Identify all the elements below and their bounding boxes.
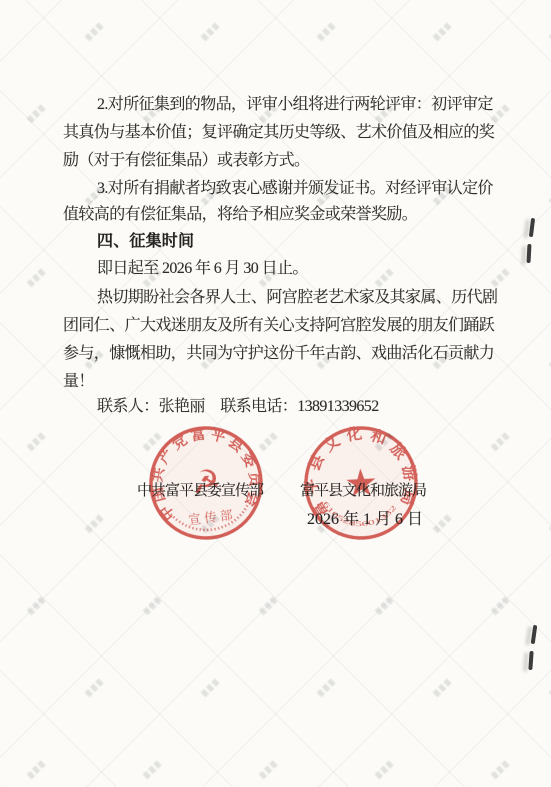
body-line: 值较高的有偿征集品，将给予相应奖金或荣誉奖励。 [63, 205, 417, 225]
watermark-mark [491, 432, 511, 452]
watermark-mark [143, 760, 163, 780]
body-line: 励（对于有偿征集品）或表彰方式。 [63, 151, 309, 171]
watermark-mark [27, 596, 47, 616]
watermark-mark [433, 678, 453, 698]
watermark-mark [85, 514, 105, 534]
staple-mark [527, 244, 532, 263]
watermark-mark [491, 104, 511, 124]
body-line: 团同仁、广大戏迷朋友及所有关心支持阿宫腔发展的朋友们踊跃 [63, 316, 494, 336]
watermark-mark [85, 22, 105, 42]
watermark-mark [375, 596, 395, 616]
watermark-mark [491, 596, 511, 616]
scanned-document-page: 2.对所征集到的物品，评审小组将进行两轮评审：初评审定 其真伪与基本价值；复评确… [0, 0, 551, 787]
watermark-mark [259, 596, 279, 616]
watermark-mark [85, 678, 105, 698]
watermark-mark [27, 432, 47, 452]
watermark-mark [27, 268, 47, 288]
watermark-mark [201, 678, 221, 698]
signature-right-org: 富平县文化和旅游局 [300, 479, 426, 500]
signature-date: 2026 年 1 月 6 日 [307, 506, 423, 529]
watermark-mark [375, 268, 395, 288]
contact-line: 联系人：张艳丽 联系电话：13891339652 [97, 397, 379, 417]
staple-mark [531, 625, 538, 644]
watermark-layer [0, 0, 551, 787]
body-line: 热切期盼社会各界人士、阿宫腔老艺术家及其家属、历代剧 [97, 288, 497, 308]
watermark-mark [27, 104, 47, 124]
body-line: 3.对所有捐献者均致衷心感谢并颁发证书。对经评审认定价 [97, 179, 493, 199]
watermark-mark [317, 678, 337, 698]
watermark-mark [491, 760, 511, 780]
watermark-mark [433, 22, 453, 42]
body-line: 量！ [63, 372, 94, 392]
body-line: 参与，慷慨相助，共同为守护这份千年古韵、戏曲活化石贡献力 [63, 344, 494, 364]
watermark-mark [143, 596, 163, 616]
watermark-mark [433, 514, 453, 534]
watermark-mark [317, 22, 337, 42]
watermark-mark [491, 268, 511, 288]
signature-left-org: 中共富平县委宣传部 [137, 479, 263, 500]
watermark-mark [375, 760, 395, 780]
body-line: 即日起至 2026 年 6 月 30 日止。 [97, 259, 308, 279]
staple-mark [529, 218, 535, 237]
watermark-mark [27, 760, 47, 780]
watermark-mark [259, 760, 279, 780]
body-line: 其真伪与基本价值；复评确定其历史等级、艺术价值及相应的奖 [63, 123, 494, 143]
watermark-mark [201, 22, 221, 42]
section-heading: 四、征集时间 [97, 232, 194, 252]
staple-mark [528, 651, 533, 670]
body-line: 2.对所征集到的物品，评审小组将进行两轮评审：初评审定 [97, 95, 493, 115]
